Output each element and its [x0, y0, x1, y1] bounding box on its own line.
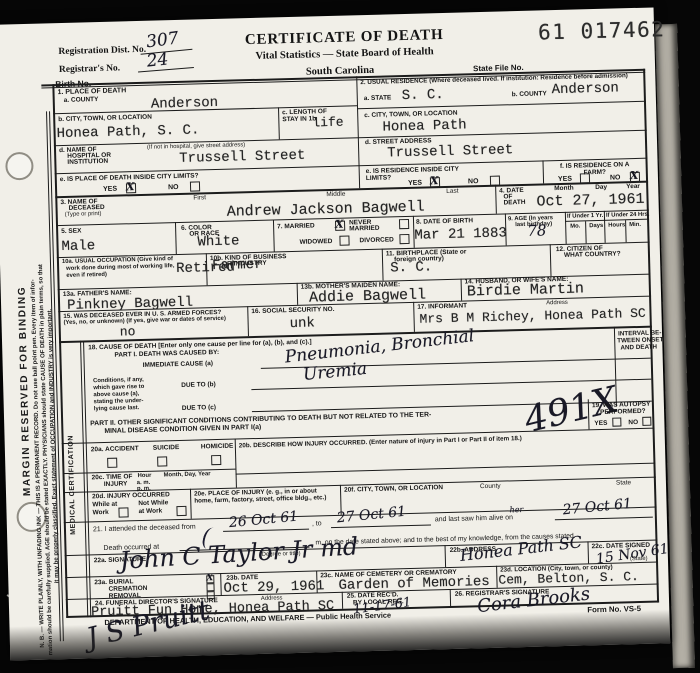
occupation-label-3: even if retired) [66, 272, 107, 280]
ssn-label: 16. SOCIAL SECURITY NO. [251, 306, 334, 315]
sex-label: 5. SEX [61, 228, 81, 236]
widowed-label: WIDOWED [299, 238, 332, 246]
pod-city-label: b. CITY, TOWN, OR LOCATION [58, 114, 152, 123]
divider [235, 439, 237, 488]
name-first-header: First [193, 194, 206, 201]
under-24hr-header: If Under 24 Hrs. [606, 212, 650, 220]
hospital-value: Trussell Street [179, 148, 305, 167]
checkbox-x-mark: X [206, 573, 213, 583]
res-county-value: Anderson [551, 80, 619, 98]
age-value: 78 [527, 221, 547, 239]
ssn-value: unk [289, 315, 315, 332]
res-limits-no: NO [468, 178, 479, 185]
date-of-death-value: Oct 27, 1961 [536, 191, 644, 211]
hospital-label-3: INSTITUTION [67, 158, 108, 166]
pod-limits-no: NO [168, 184, 179, 191]
divider [450, 589, 451, 606]
pod-limits-yes-checkbox: X [126, 183, 136, 193]
accident-label: 20a. ACCIDENT [91, 445, 139, 453]
name-middle-header: Middle [326, 191, 345, 198]
while-at-work-checkbox [118, 507, 128, 517]
res-county-label: b. COUNTY [512, 90, 547, 98]
injury-city-label: 20f. CITY, TOWN, OR LOCATION [344, 484, 443, 494]
divider [342, 592, 343, 609]
age-mo-header: Mo. [570, 223, 580, 230]
farm-no: NO [610, 174, 621, 181]
spouse-value: Birdie Martin [467, 280, 584, 300]
checkbox-x-mark: X [126, 180, 135, 193]
last-alive-value: 27 Oct 61 [562, 496, 633, 519]
state-file-number-stamp: 61 017462 [538, 17, 666, 44]
divider [615, 358, 651, 360]
burial-date-value: Oct 29, 1961 [223, 578, 324, 597]
res-limits-yes: YES [408, 180, 422, 187]
checkbox-x-mark: X [430, 174, 439, 187]
divider [357, 101, 646, 110]
dod-month-header: Month [554, 185, 574, 193]
age-days-header: Days [589, 223, 603, 230]
divorced-checkbox [399, 234, 409, 244]
attended-to-value: 27 Oct 61 [336, 504, 407, 527]
farm-yes-checkbox [580, 173, 590, 183]
divider [495, 185, 497, 214]
street-address-value: Trussell Street [387, 142, 513, 161]
divorced-label: DIVORCED [359, 236, 393, 244]
attended-text-to: , to [312, 520, 322, 527]
res-limits-no-checkbox [490, 176, 500, 186]
while-at-label: While at [92, 501, 117, 509]
autopsy-no-checkbox [642, 417, 651, 426]
autopsy-yes: YES [594, 420, 607, 427]
divider [278, 107, 280, 139]
dod-day-header: Day [595, 184, 607, 191]
pod-limits-no-checkbox [190, 181, 200, 191]
her-annotation: her [509, 505, 523, 514]
divider [625, 220, 627, 242]
injury-state-header: State [616, 479, 631, 486]
dob-value: Mar 21 1883 [414, 225, 507, 243]
dob-label: 8. DATE OF BIRTH [416, 217, 473, 225]
farm-label: f. IS RESIDENCE ON A FARM? [550, 161, 640, 177]
checkbox-x-mark: X [335, 218, 344, 231]
never-married-label-2: MARRIED [349, 225, 380, 233]
due-to-c-label: DUE TO (c) [182, 404, 216, 412]
autopsy-no: NO [628, 419, 638, 426]
divider [413, 302, 415, 332]
divider [382, 249, 384, 281]
homicide-label: HOMICIDE [201, 443, 234, 451]
injury-mdy-header: Month, Day, Year [164, 471, 211, 479]
attended-text-2: and last saw him alive on [435, 514, 513, 523]
place-of-death-label: 1. PLACE OF DEATH [57, 87, 126, 96]
interval-header-3: AND DEATH [620, 343, 657, 351]
divider [550, 244, 552, 276]
divider [445, 545, 447, 567]
married-checkbox: X [335, 221, 345, 231]
pod-county-label: a. COUNTY [64, 96, 99, 104]
married-label: 7. MARRIED [277, 222, 315, 230]
due-to-b-label: DUE TO (b) [181, 381, 216, 389]
homicide-checkbox [211, 455, 221, 465]
time-of-injury-label-2: INJURY [104, 480, 128, 488]
burial-location-state-header: (State) [630, 556, 648, 563]
age-min-header: Min. [629, 222, 641, 229]
suicide-checkbox [157, 456, 167, 466]
farm-no-checkbox: X [630, 172, 640, 182]
deceased-name-value: Andrew Jackson Bagwell [227, 199, 425, 221]
suicide-label: SUICIDE [153, 444, 180, 452]
informant-label: 17. INFORMANT [417, 302, 467, 310]
length-of-stay-value: life [312, 115, 344, 131]
pod-county-value: Anderson [151, 95, 219, 113]
state-file-no-label: State File No. [473, 64, 524, 72]
cremation-checkbox [206, 583, 214, 591]
divider [461, 279, 463, 301]
divider [236, 463, 656, 475]
res-state-value: S. C. [402, 87, 444, 104]
checkbox-x-mark: X [630, 169, 639, 182]
divider [356, 76, 360, 188]
not-while-label: Not While [138, 499, 168, 507]
divider [273, 219, 275, 251]
not-while-at-work-checkbox [176, 506, 186, 516]
dod-year-header: Year [626, 183, 640, 190]
at-work-label: at Work [138, 508, 162, 516]
age-hours-header: Hours [608, 222, 625, 229]
registrar-no-label: Registrar's No. [59, 63, 120, 75]
citizen-label-2: WHAT COUNTRY? [564, 250, 621, 258]
injury-county-header: County [480, 483, 501, 491]
color-value: White [197, 233, 239, 250]
certificate-paper: MARGIN RESERVED FOR BINDING N. B. — WRIT… [0, 7, 670, 660]
scanned-death-certificate: MARGIN RESERVED FOR BINDING N. B. — WRIT… [0, 0, 700, 673]
divider [587, 541, 589, 563]
name-last-header: Last [446, 188, 458, 195]
divider [615, 379, 651, 381]
divider [190, 489, 192, 519]
res-city-value: Honea Path [382, 117, 466, 135]
under-1yr-header: If Under 1 Yr. [567, 213, 603, 221]
res-state-label: a. STATE [364, 94, 392, 102]
mother-value: Addie Bagwell [309, 287, 426, 307]
physician-signature: John C Taylor Jr md [119, 532, 359, 575]
work-label: Work [92, 509, 108, 516]
medical-certification-label: MEDICAL CERTIFICATION [68, 435, 78, 535]
business-value: Farmer [212, 257, 263, 274]
accident-checkbox [107, 458, 117, 468]
divider [542, 160, 544, 183]
divider [585, 221, 587, 243]
informant-address-header: Address [546, 300, 568, 307]
punch-hole [5, 152, 34, 181]
pod-limits-yes: YES [103, 186, 117, 193]
divider [175, 222, 177, 254]
autopsy-yes-checkbox [612, 417, 621, 426]
farm-yes: YES [558, 176, 572, 183]
registration-district-label: Registration Dist. No. [58, 45, 146, 57]
divider [297, 283, 299, 305]
never-married-checkbox [399, 219, 409, 229]
widowed-checkbox [339, 236, 349, 246]
armed-forces-value: no [120, 324, 136, 339]
dod-label-3: DEATH [503, 199, 525, 207]
sex-value: Male [61, 238, 95, 255]
name-label-sub: (Type or print) [65, 211, 102, 219]
res-limits-yes-checkbox: X [430, 177, 440, 187]
burial-checkbox: X [206, 575, 214, 583]
conditions-note-5: lying cause last. [94, 405, 140, 413]
divider [220, 573, 222, 595]
pod-city-value: Honea Path, S. C. [56, 122, 199, 142]
immediate-cause-label: IMMEDIATE CAUSE (a) [143, 360, 213, 369]
attended-from-value: 26 Oct 61 [228, 509, 299, 532]
injury-hour-header: Hour [138, 473, 152, 480]
divider [247, 306, 249, 336]
occupation-label-2: work done during most of working life, [66, 263, 174, 272]
birthplace-value: S. C. [390, 259, 432, 276]
autopsy-label-2: PERFORMED? [600, 408, 646, 416]
part1-label: PART I. DEATH WAS CAUSED BY: [114, 349, 219, 359]
place-of-injury-label: 20e. PLACE OF INJURY (e. g., in or about… [194, 487, 336, 505]
attended-text-1: 21. I attended the deceased from [93, 524, 196, 534]
